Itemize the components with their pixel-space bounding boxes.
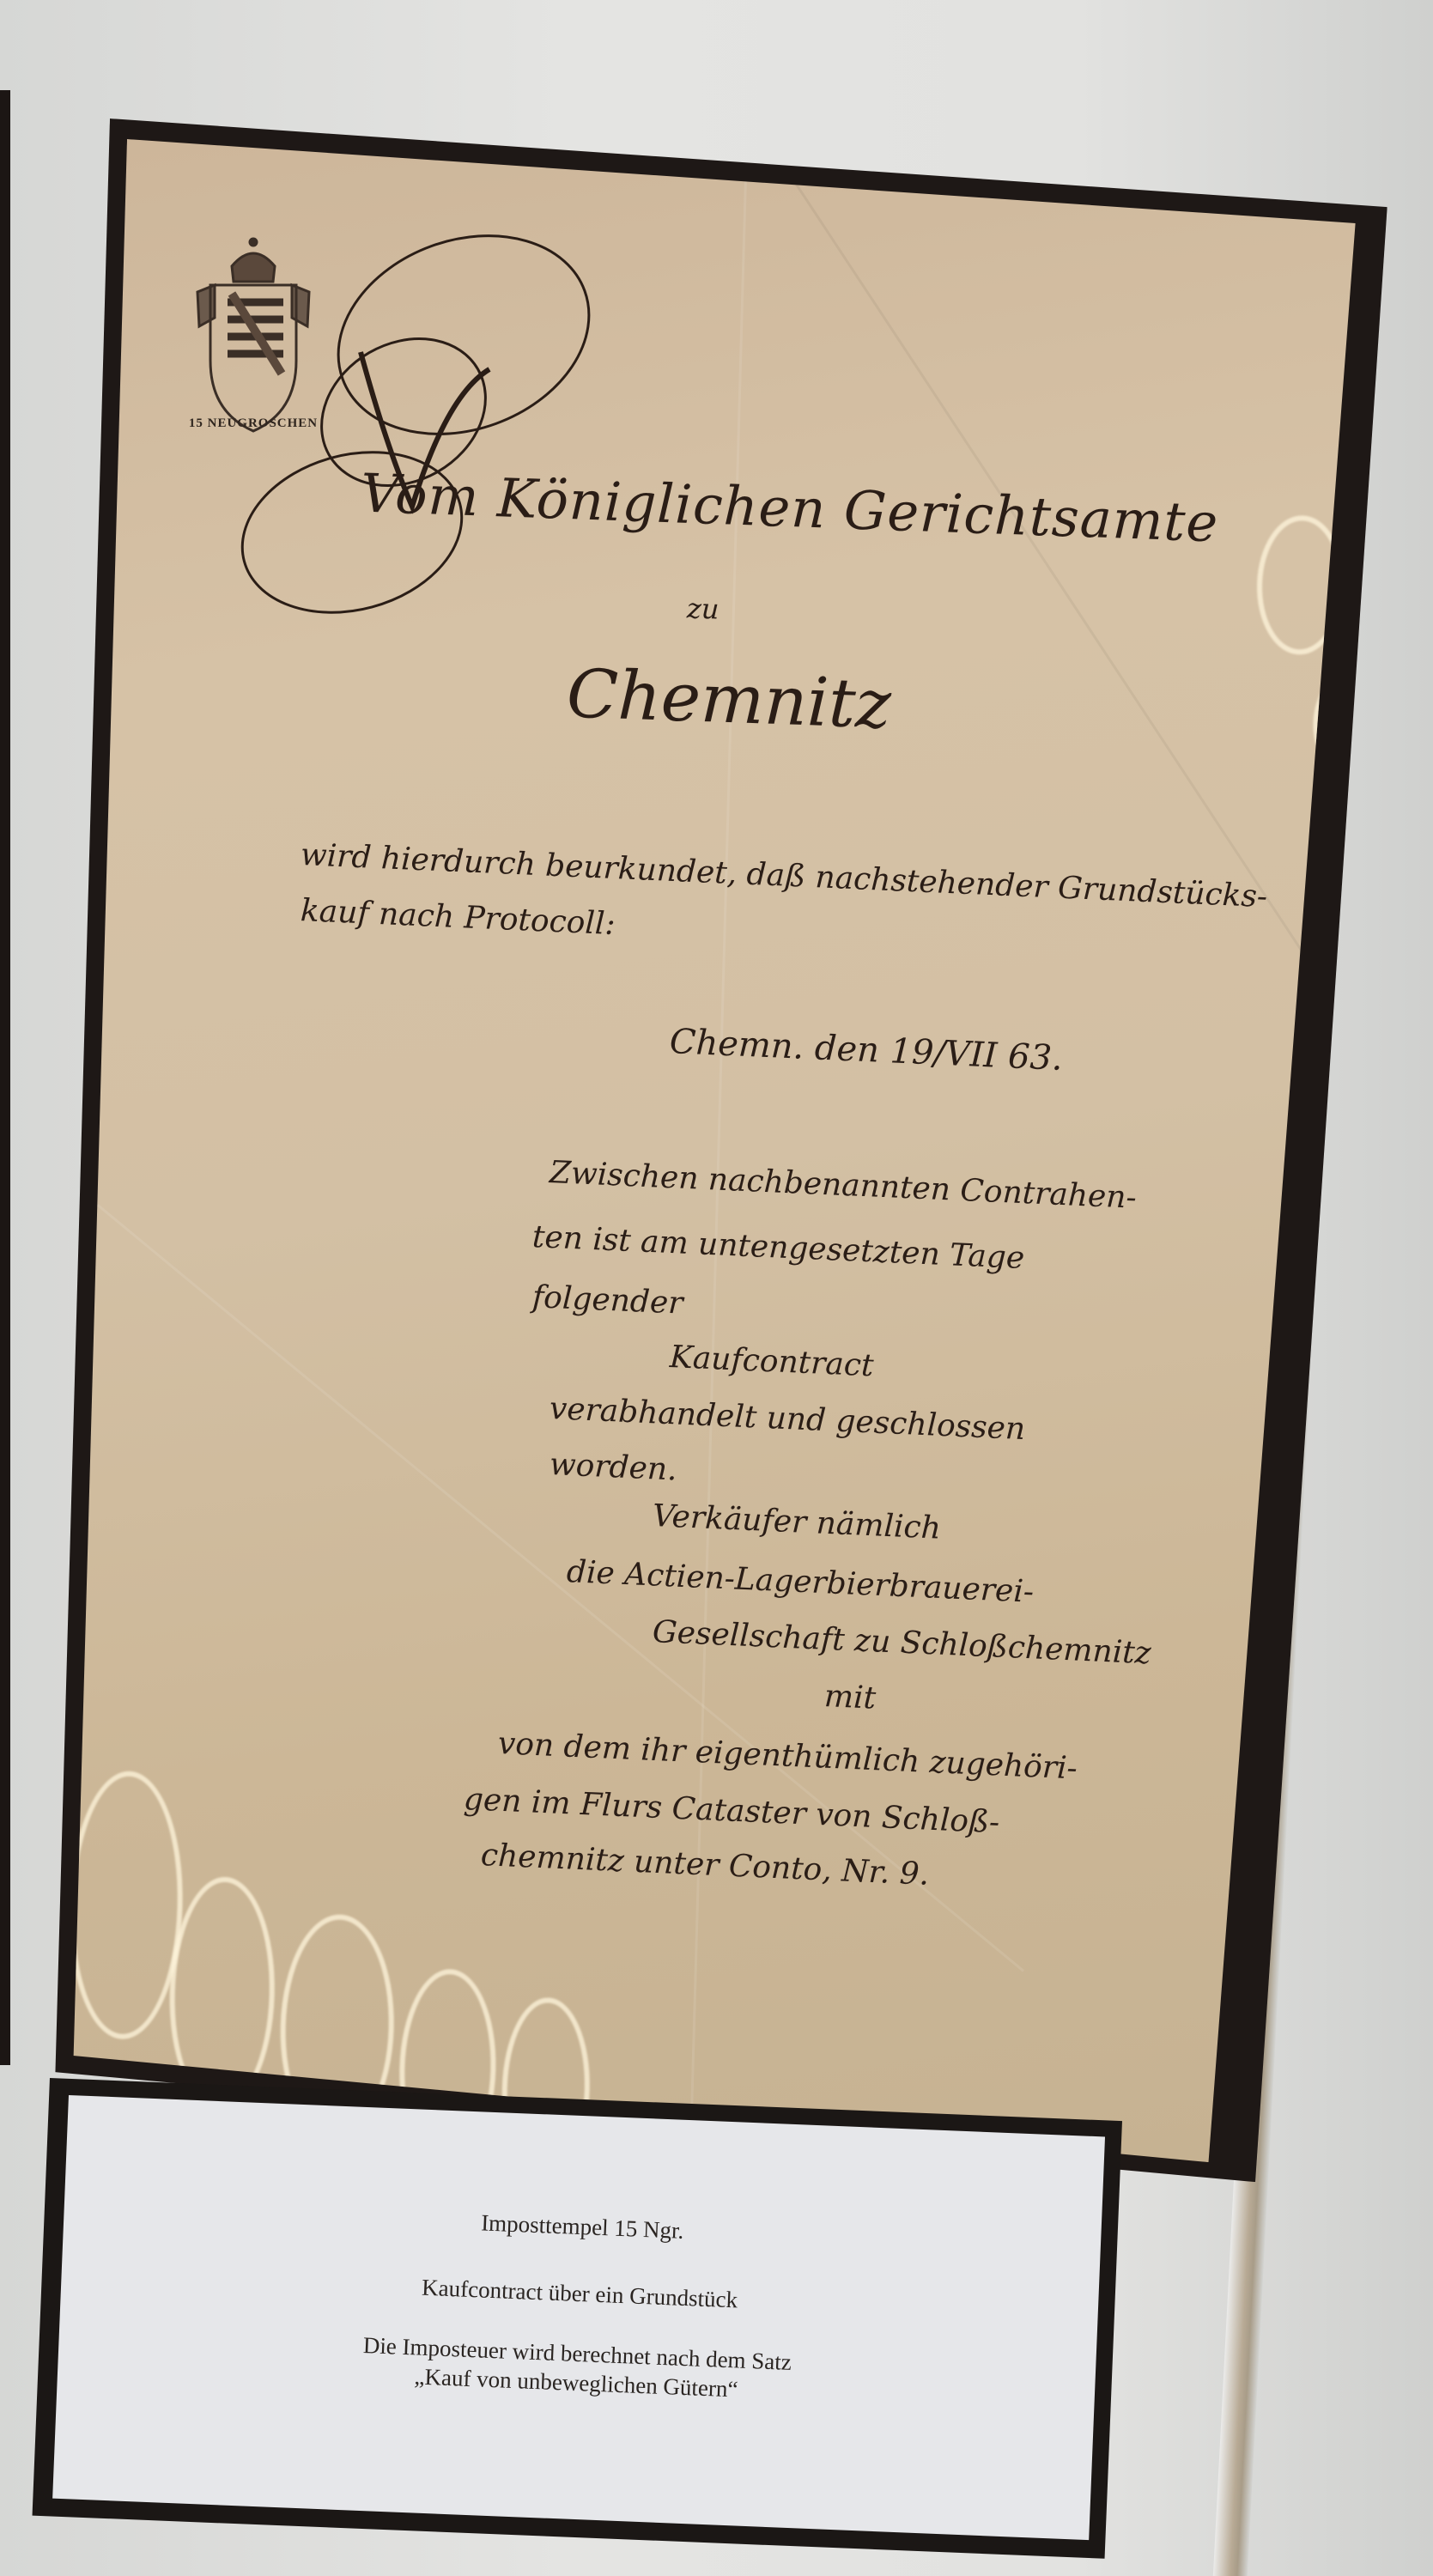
heading-connector: zu xyxy=(686,592,720,625)
body-line: worden. xyxy=(549,1447,677,1487)
body-line: folgender xyxy=(531,1279,683,1321)
label-title: Imposttempel 15 Ngr. xyxy=(64,2191,1101,2262)
calligraphic-flourish-icon xyxy=(232,223,610,635)
city-name: Chemnitz xyxy=(566,655,893,744)
body-line: mit xyxy=(823,1679,877,1716)
fold-line xyxy=(778,158,1363,1163)
museum-label-card: Imposttempel 15 Ngr. Kaufcontract über e… xyxy=(52,2095,1105,2540)
adjacent-frame-edge xyxy=(0,90,10,2065)
label-subtitle: Kaufcontract über ein Grundstück xyxy=(61,2258,1098,2329)
